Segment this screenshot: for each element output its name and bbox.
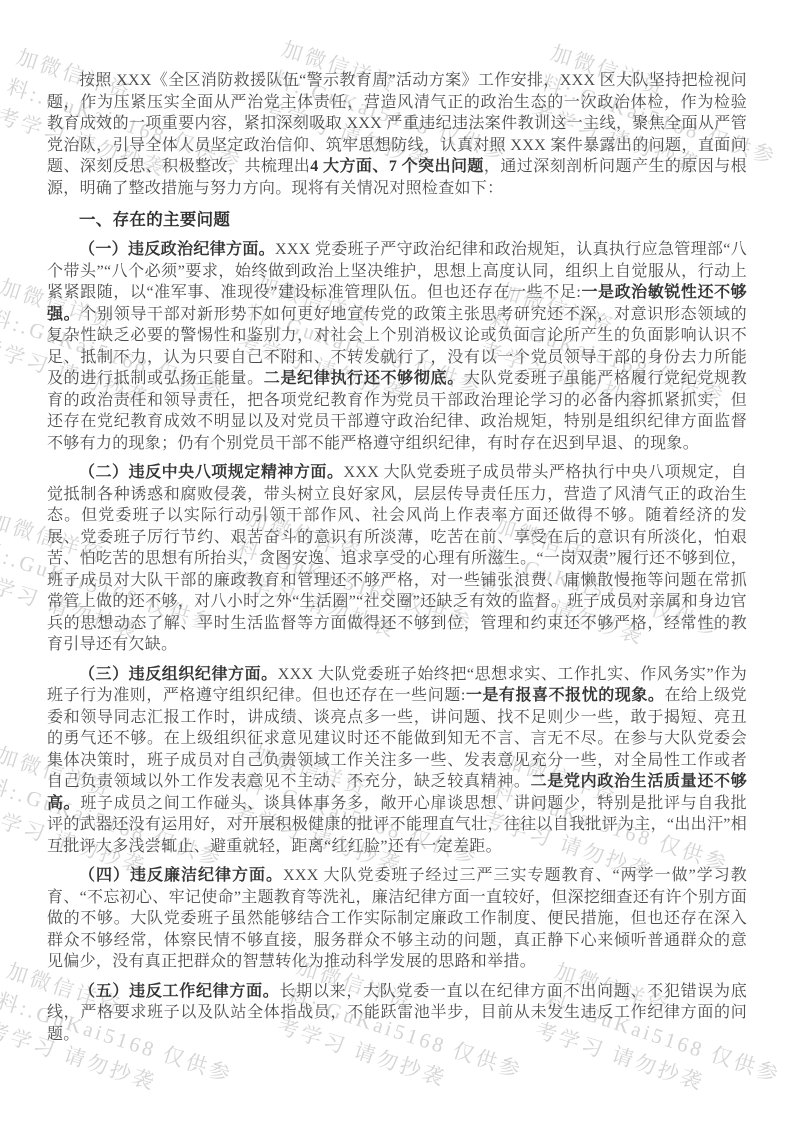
bold-run: （五）违反工作纪律方面。 — [79, 983, 280, 1000]
bold-run: 一是有报喜不报忧的现象。 — [466, 687, 665, 704]
subsection-5-work-discipline: （五）违反工作纪律方面。长期以来，大队党委一直以在纪律方面不出问题、不犯错误为底… — [47, 981, 747, 1046]
bold-run: （一）违反政治纪律方面。 — [79, 241, 275, 258]
bold-run: 二是纪律执行还不够彻底。 — [264, 370, 464, 387]
document-content: 按照 XXX《全区消防救援队伍“警示教育周”活动方案》工作安排，XXX 区大队坚… — [47, 70, 747, 1053]
subsection-4-integrity-discipline: （四）违反廉洁纪律方面。XXX 大队党委班子经过三严三实专题教育、“两学一做”学… — [47, 865, 747, 973]
document-page: 加微信详资料:.GuKai5168 仅供参考学习 请勿抄袭 加微信详资料:.Gu… — [0, 0, 793, 1122]
subsection-3-organizational-discipline: （三）违反组织纪律方面。XXX 大队党委班子始终把“思想求实、工作扎实、作风务实… — [47, 664, 747, 858]
subsection-2-eight-regulations: （二）违反中央八项规定精神方面。XXX 大队党委班子成员带头严格执行中央八项规定… — [47, 462, 747, 656]
intro-paragraph: 按照 XXX《全区消防救援队伍“警示教育周”活动方案》工作安排，XXX 区大队坚… — [47, 70, 747, 199]
text-run: XXX 大队党委班子成员带头严格执行中央八项规定，自觉抵制各种诱惑和腐败侵袭，带… — [47, 464, 747, 653]
bold-run: （二）违反中央八项规定精神方面。 — [79, 464, 343, 481]
bold-run: （三）违反组织纪律方面。 — [79, 666, 278, 683]
bold-run: 4 大方面、7 个突出问题 — [310, 158, 484, 175]
text-run: 班子成员之间工作碰头、谈具体事务多，敞开心扉谈思想、讲问题少，特别是批评与自我批… — [47, 795, 747, 855]
subsection-1-political-discipline: （一）违反政治纪律方面。XXX 党委班子严守政治纪律和政治规矩，认真执行应急管理… — [47, 239, 747, 454]
bold-run: （四）违反廉洁纪律方面。 — [79, 867, 283, 884]
section-heading: 一、存在的主要问题 — [47, 209, 747, 231]
